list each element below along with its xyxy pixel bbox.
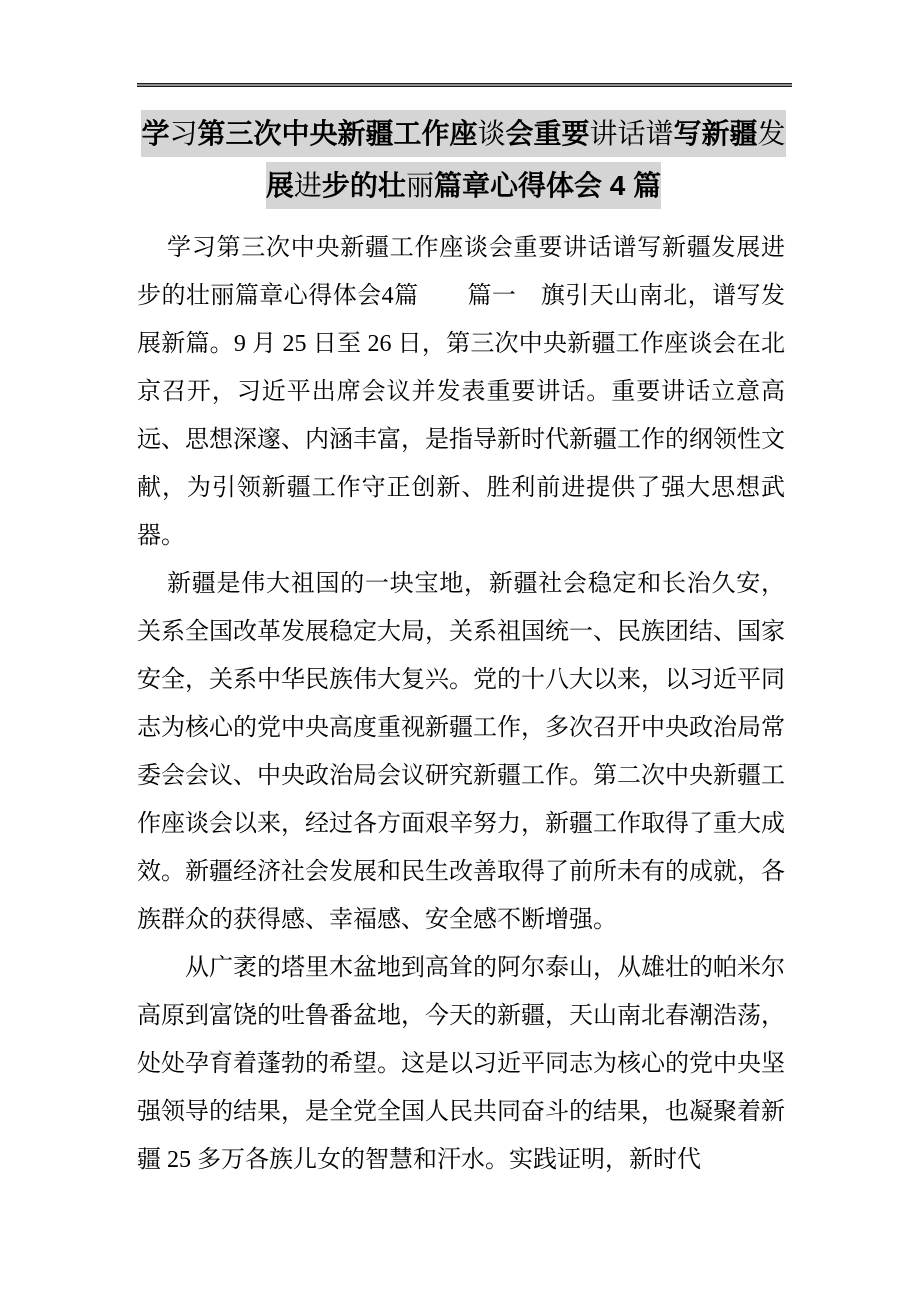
title-text-segment: 展 (266, 162, 294, 209)
document-title: 学习第三次中央新疆工作座谈会重要讲话谱写新疆发 展进步的壮丽篇章心得体会 4 篇 (137, 108, 790, 212)
document-page: 学习第三次中央新疆工作座谈会重要讲话谱写新疆发 展进步的壮丽篇章心得体会 4 篇… (0, 0, 920, 1302)
title-text-segment: 学 (141, 110, 169, 157)
title-text-segment: 习 (169, 110, 197, 157)
title-text-segment: 第三次中央新疆工作座 (197, 110, 477, 157)
title-text-segment: 步的壮 (322, 162, 406, 209)
body-paragraph: 新疆是伟大祖国的一块宝地，新疆社会稳定和长治久安，关系全国改革发展稳定大局，关系… (137, 560, 785, 944)
body-paragraph: 学习第三次中央新疆工作座谈会重要讲话谱写新疆发展进步的壮丽篇章心得体会4篇 篇一… (137, 224, 785, 560)
title-text-segment: 写新疆 (674, 110, 758, 157)
title-text-segment: 讲话谱 (590, 110, 674, 157)
title-text-segment: 谈 (477, 110, 505, 157)
title-text-segment: 发 (758, 110, 786, 157)
title-text-segment: 会重要 (506, 110, 590, 157)
body-paragraph: 从广袤的塔里木盆地到高耸的阿尔泰山，从雄壮的帕米尔高原到富饶的吐鲁番盆地，今天的… (137, 944, 785, 1184)
title-text-segment: 丽 (406, 162, 434, 209)
header-divider-line (137, 83, 792, 87)
title-text-segment: 篇章心得体会 4 篇 (434, 162, 661, 209)
title-text-segment: 进 (294, 162, 322, 209)
title-line-1: 学习第三次中央新疆工作座谈会重要讲话谱写新疆发 (137, 108, 790, 160)
title-line-2: 展进步的壮丽篇章心得体会 4 篇 (137, 160, 790, 212)
document-body: 学习第三次中央新疆工作座谈会重要讲话谱写新疆发展进步的壮丽篇章心得体会4篇 篇一… (137, 224, 785, 1184)
